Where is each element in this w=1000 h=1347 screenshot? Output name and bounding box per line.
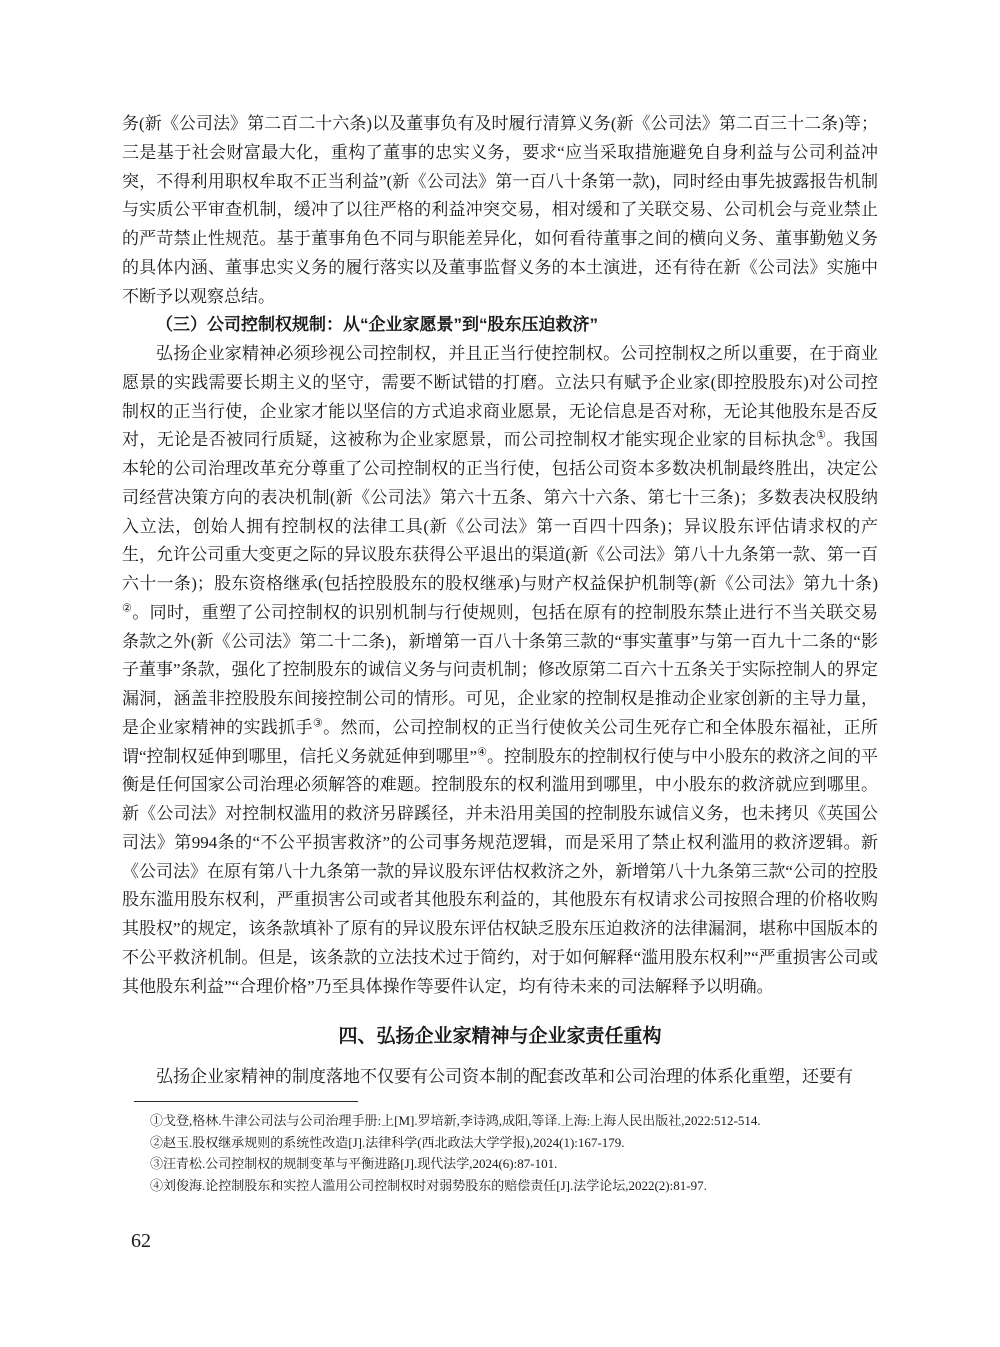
footnote-separator <box>134 1101 358 1102</box>
page-content: 务(新《公司法》第二百二十六条)以及董事负有及时履行清算义务(新《公司法》第二百… <box>122 110 878 1196</box>
sub-heading-control-rights: （三）公司控制权规制：从“企业家愿景”到“股东压迫救济” <box>122 311 878 340</box>
journal-page: 务(新《公司法》第二百二十六条)以及董事负有及时履行清算义务(新《公司法》第二百… <box>0 0 1000 1347</box>
section-heading-part4: 四、弘扬企业家精神与企业家责任重构 <box>122 1024 878 1050</box>
footnote-list: ①戈登,格林.牛津公司法与公司治理手册:上[M].罗培新,李诗鸿,成阳,等译.上… <box>122 1110 878 1196</box>
footnote-1: ①戈登,格林.牛津公司法与公司治理手册:上[M].罗培新,李诗鸿,成阳,等译.上… <box>150 1110 878 1132</box>
page-number: 62 <box>131 1230 151 1253</box>
footnote-2: ②赵玉.股权继承规则的系统性改造[J].法律科学(西北政法大学学报),2024(… <box>150 1132 878 1154</box>
paragraph-control-rights: 弘扬企业家精神必须珍视公司控制权，并且正当行使控制权。公司控制权之所以重要，在于… <box>122 340 878 1001</box>
footnote-4: ④刘俊海.论控制股东和实控人滥用公司控制权时对弱势股东的赔偿责任[J].法学论坛… <box>150 1175 878 1197</box>
footnote-3: ③汪青松.公司控制权的规制变革与平衡进路[J].现代法学,2024(6):87-… <box>150 1153 878 1175</box>
paragraph-continuation: 务(新《公司法》第二百二十六条)以及董事负有及时履行清算义务(新《公司法》第二百… <box>122 110 878 311</box>
paragraph-next-section: 弘扬企业家精神的制度落地不仅要有公司资本制的配套改革和公司治理的体系化重塑，还要… <box>122 1063 878 1092</box>
